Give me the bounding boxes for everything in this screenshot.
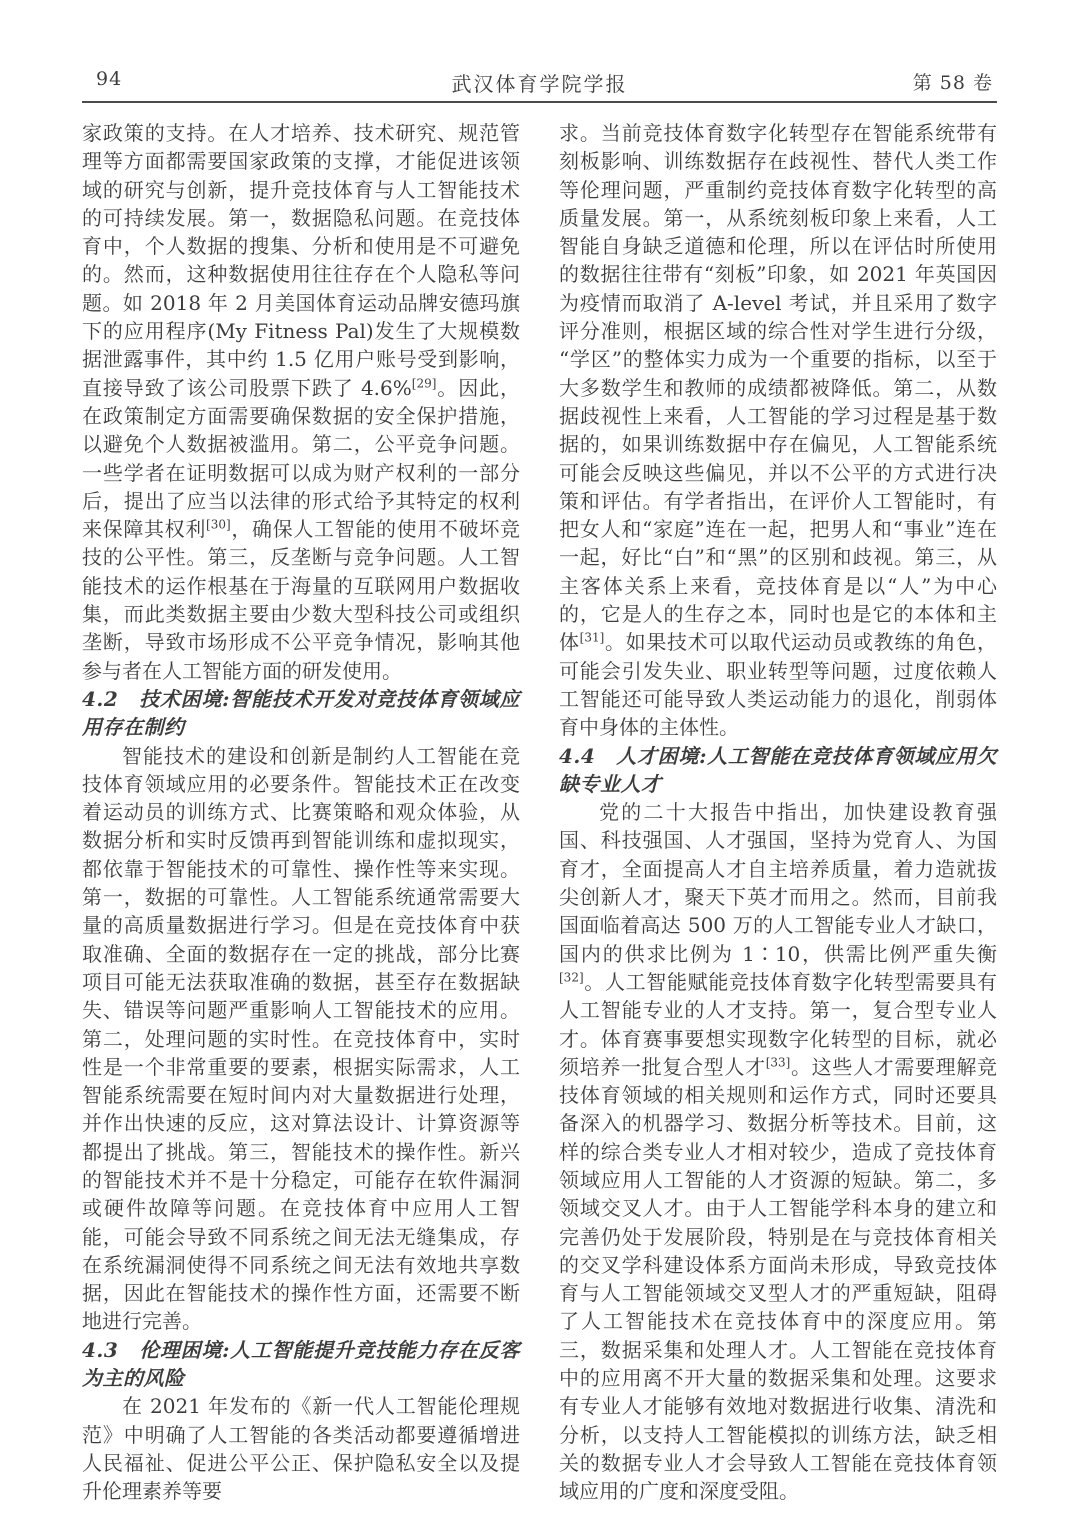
paragraph: 党的二十大报告中指出，加快建设教育强国、科技强国、人才强国，坚持为党育人、为国育… [559, 798, 997, 1505]
paragraph: 家政策的支持。在人才培养、技术研究、规范管理等方面都需要国家政策的支撑，才能促进… [82, 119, 520, 685]
paragraph: 在 2021 年发布的《新一代人工智能伦理规范》中明确了人工智能的各类活动都要遵… [82, 1392, 520, 1505]
citation-ref: [29] [412, 376, 437, 390]
left-column: 家政策的支持。在人才培养、技术研究、规范管理等方面都需要国家政策的支撑，才能促进… [82, 119, 520, 1506]
section-heading: 4.3 伦理困境:人工智能提升竞技能力存在反客为主的风险 [82, 1336, 520, 1393]
paragraph: 求。当前竞技体育数字化转型存在智能系统带有刻板影响、训练数据存在歧视性、替代人类… [559, 119, 997, 742]
journal-title: 武汉体育学院学报 [82, 68, 997, 97]
citation-ref: [31] [580, 631, 605, 645]
section-heading: 4.4 人才困境:人工智能在竞技体育领域应用欠缺专业人才 [559, 742, 997, 799]
citation-ref: [33] [766, 1055, 791, 1069]
page-header: 94 武汉体育学院学报 第 58 卷 [82, 68, 997, 94]
citation-ref: [30] [206, 518, 231, 532]
article-body: 家政策的支持。在人才培养、技术研究、规范管理等方面都需要国家政策的支撑，才能促进… [82, 119, 997, 1506]
header-rule [82, 101, 997, 103]
paragraph: 智能技术的建设和创新是制约人工智能在竞技体育领域应用的必要条件。智能技术正在改变… [82, 742, 520, 1336]
right-column: 求。当前竞技体育数字化转型存在智能系统带有刻板影响、训练数据存在歧视性、替代人类… [559, 119, 997, 1506]
volume-label: 第 58 卷 [913, 68, 993, 95]
journal-page: 94 武汉体育学院学报 第 58 卷 家政策的支持。在人才培养、技术研究、规范管… [0, 0, 1080, 1527]
section-heading: 4.2 技术困境:智能技术开发对竞技体育领域应用存在制约 [82, 685, 520, 742]
citation-ref: [32] [559, 970, 584, 984]
